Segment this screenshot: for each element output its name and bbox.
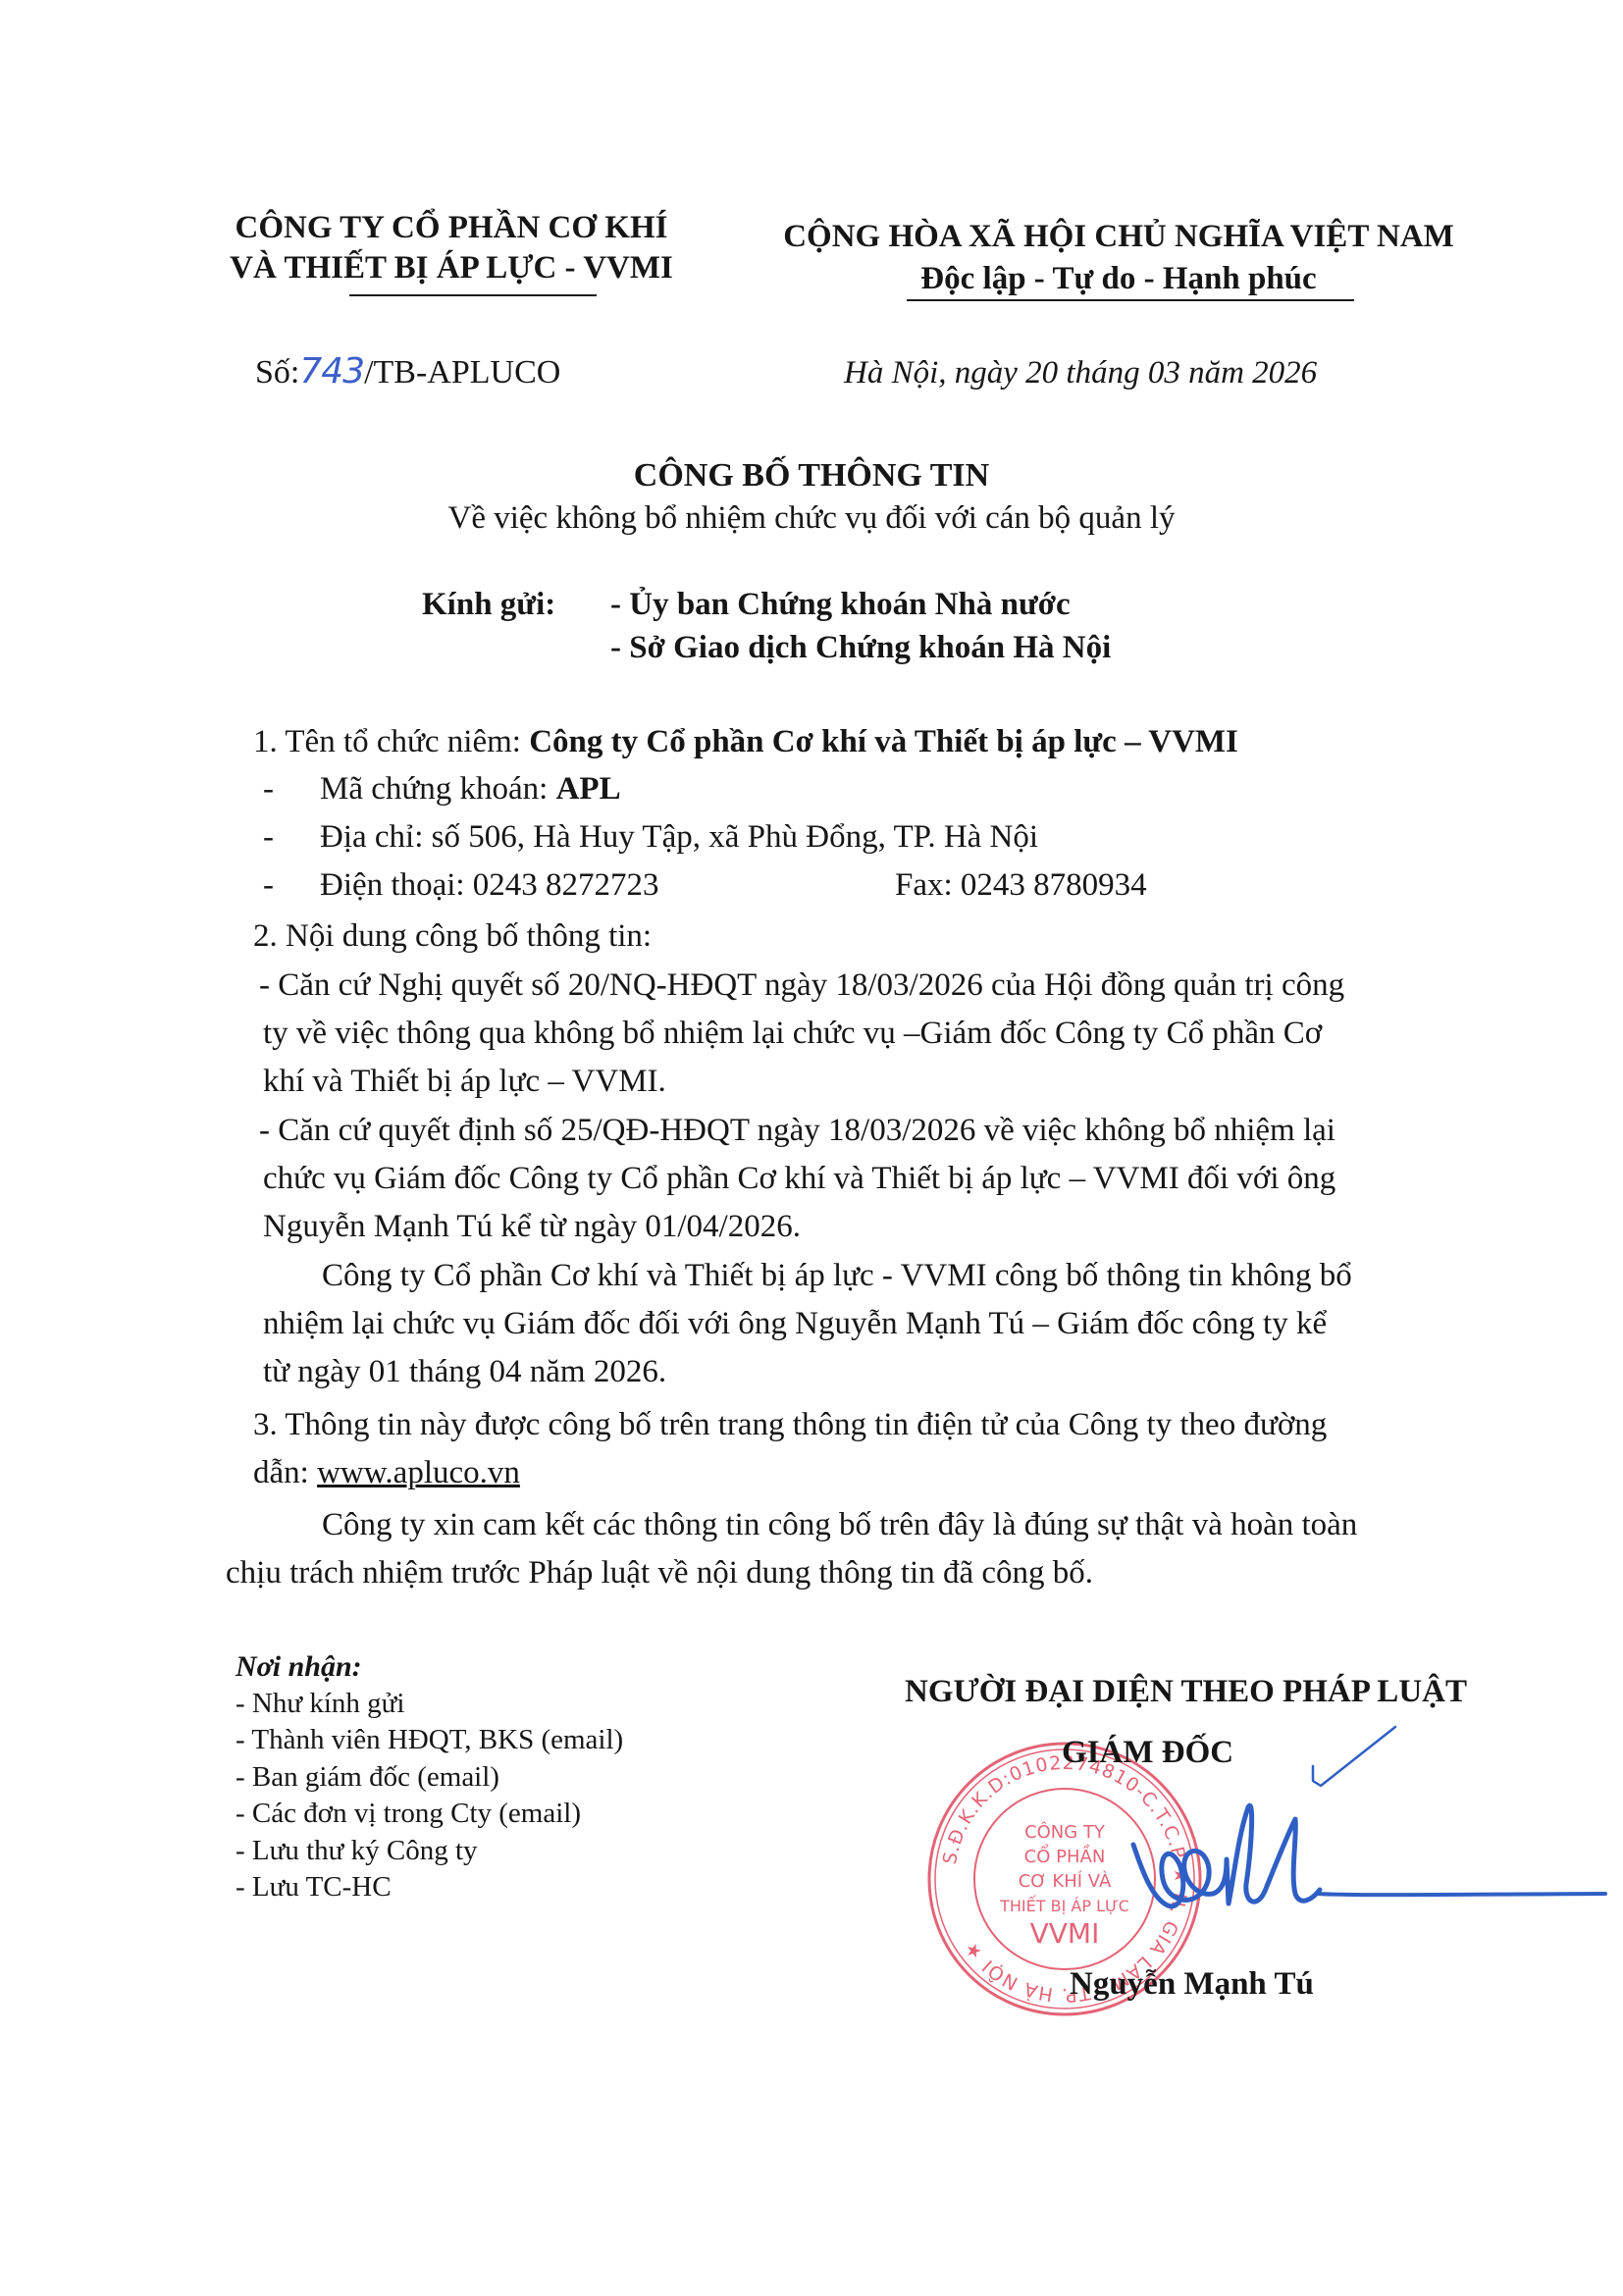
company-name-line2: VÀ THIẾT BỊ ÁP LỰC - VVMI (177, 248, 726, 288)
national-header-underline (907, 299, 1354, 301)
company-name-line1: CÔNG TY CỔ PHẦN CƠ KHÍ (177, 208, 726, 248)
stamp-line: CÔNG TY (1024, 1821, 1106, 1843)
document-number: Số:743/TB-APLUCO (255, 351, 560, 391)
recipient-item: - Các đơn vị trong Cty (email) (236, 1796, 623, 1833)
stock-code-label: Mã chứng khoán: (320, 771, 556, 807)
recipient-item: - Thành viên HĐQT, BKS (email) (236, 1722, 623, 1759)
recipient-item: - Như kính gửi (236, 1686, 623, 1723)
addressee-label: Kính gửi: (422, 587, 555, 623)
stamp-line: VVMI (1030, 1917, 1100, 1950)
recipients-block: Nơi nhận: - Như kính gửi - Thành viên HĐ… (236, 1648, 623, 1906)
commitment-line: chịu trách nhiệm trước Pháp luật về nội … (226, 1549, 1093, 1597)
para1-line: ty về việc thông qua không bổ nhiệm lại … (263, 1010, 1322, 1058)
national-header: CỘNG HÒA XÃ HỘI CHỦ NGHĨA VIỆT NAM Độc l… (726, 216, 1511, 300)
recipient-item: - Lưu TC-HC (236, 1869, 623, 1906)
section3-link-prefix: dẫn: (253, 1455, 317, 1490)
address-line: Địa chỉ: số 506, Hà Huy Tập, xã Phù Đổng… (320, 813, 1038, 861)
nation-name: CỘNG HÒA XÃ HỘI CHỦ NGHĨA VIỆT NAM (726, 216, 1511, 258)
bullet: - (263, 861, 274, 910)
para2-line: - Căn cứ quyết định số 25/QĐ-HĐQT ngày 1… (259, 1107, 1335, 1155)
bullet: - (263, 765, 274, 813)
handwritten-number: 743 (299, 351, 364, 391)
org-name: Công ty Cổ phần Cơ khí và Thiết bị áp lự… (529, 724, 1238, 759)
phone-line: Điện thoại: 0243 8272723 (320, 861, 659, 910)
para1-line: khí và Thiết bị áp lực – VVMI. (263, 1058, 666, 1106)
recipients-label: Nơi nhận: (236, 1648, 623, 1686)
signer-name: Nguyễn Mạnh Tú (1070, 1966, 1314, 2003)
section1-label: 1. Tên tổ chức niêm: (253, 724, 529, 759)
para2-line: Nguyễn Mạnh Tú kể từ ngày 01/04/2026. (263, 1203, 801, 1251)
para1-line: - Căn cứ Nghị quyết số 20/NQ-HĐQT ngày 1… (259, 962, 1344, 1010)
section3-line: 3. Thông tin này được công bố trên trang… (253, 1401, 1327, 1449)
recipient-item: - Lưu thư ký Công ty (236, 1833, 623, 1870)
nation-motto: Độc lập - Tự do - Hạnh phúc (726, 258, 1511, 300)
section3-link-line: dẫn: www.apluco.vn (253, 1449, 520, 1497)
document-number-suffix: /TB-APLUCO (364, 354, 560, 391)
document-number-prefix: Số: (255, 354, 299, 391)
company-header: CÔNG TY CỔ PHẦN CƠ KHÍ VÀ THIẾT BỊ ÁP LỰ… (177, 208, 726, 288)
addressee-item: - Sở Giao dịch Chứng khoán Hà Nội (610, 630, 1111, 666)
commitment-line: Công ty xin cam kết các thông tin công b… (322, 1501, 1357, 1549)
section2-label: 2. Nội dung công bố thông tin: (253, 913, 652, 961)
stamp-line: CỔ PHẦN (1024, 1844, 1106, 1867)
document-date: Hà Nội, ngày 20 tháng 03 năm 2026 (844, 355, 1317, 391)
section1-org: 1. Tên tổ chức niêm: Công ty Cổ phần Cơ … (253, 718, 1238, 766)
fax-line: Fax: 0243 8780934 (895, 861, 1147, 910)
stamp-line: THIẾT BỊ ÁP LỰC (999, 1895, 1129, 1915)
addressee-item: - Ủy ban Chứng khoán Nhà nước (610, 587, 1071, 623)
para3-line: từ ngày 01 tháng 04 năm 2026. (263, 1348, 666, 1396)
company-header-underline (349, 294, 597, 296)
handwritten-signature (1128, 1688, 1623, 1933)
bullet: - (263, 813, 274, 861)
stock-code: APL (556, 771, 621, 807)
para3-line: nhiệm lại chức vụ Giám đốc đối với ông N… (263, 1300, 1327, 1348)
para3-line: Công ty Cổ phần Cơ khí và Thiết bị áp lự… (322, 1252, 1352, 1300)
para2-line: chức vụ Giám đốc Công ty Cổ phần Cơ khí … (263, 1155, 1335, 1203)
document-subtitle: Về việc không bổ nhiệm chức vụ đối với c… (0, 500, 1623, 537)
document-title: CÔNG BỐ THÔNG TIN (0, 457, 1623, 495)
stock-code-line: Mã chứng khoán: APL (320, 765, 621, 813)
stamp-line: CƠ KHÍ VÀ (1019, 1870, 1112, 1892)
recipient-item: - Ban giám đốc (email) (236, 1759, 623, 1797)
website-link[interactable]: www.apluco.vn (317, 1455, 520, 1490)
